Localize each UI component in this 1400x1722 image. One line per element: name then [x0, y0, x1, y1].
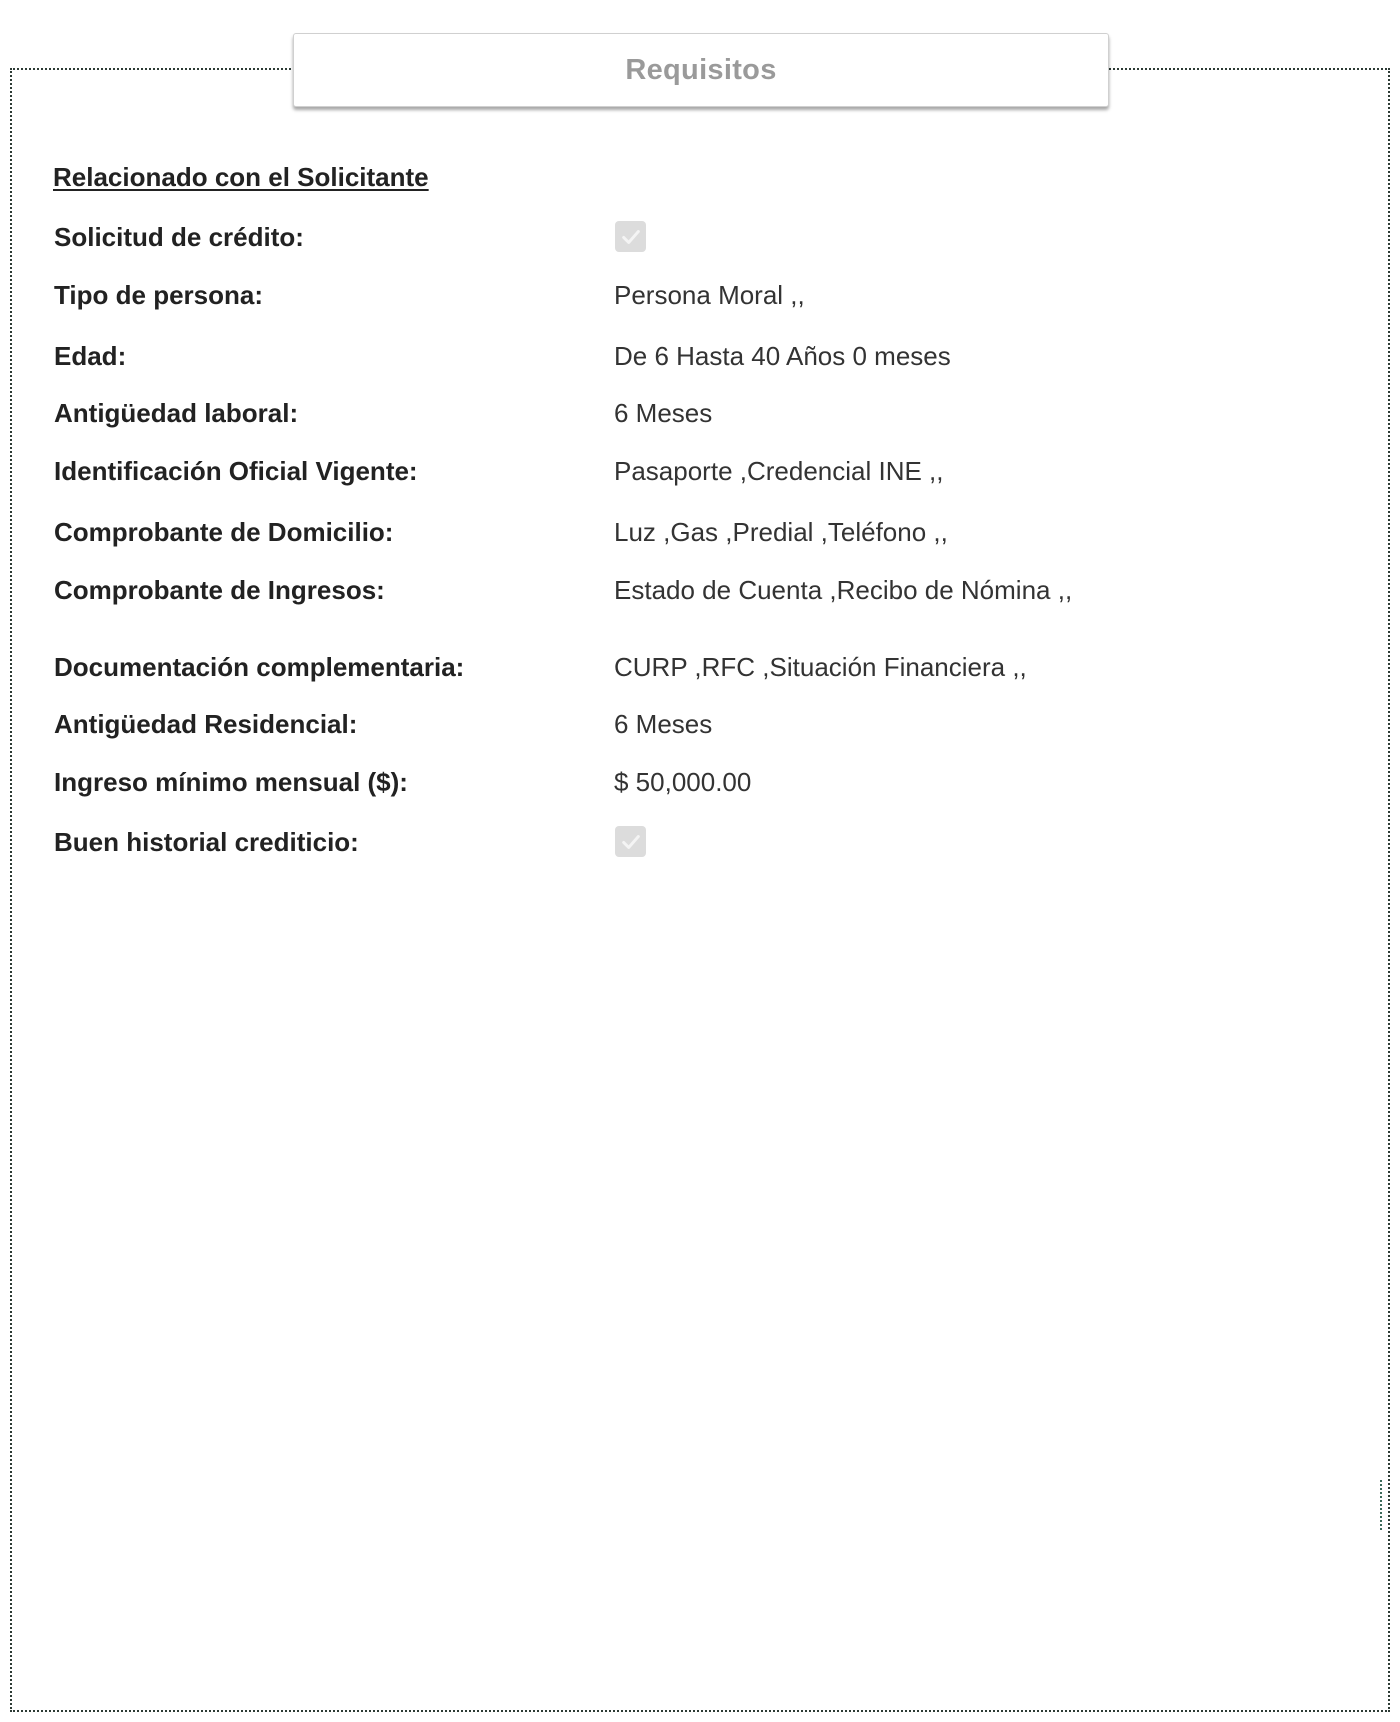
- field-value: De 6 Hasta 40 Años 0 meses: [614, 336, 951, 376]
- field-row-documentacion: Documentación complementaria: CURP ,RFC …: [0, 647, 1380, 687]
- section-heading: Relacionado con el Solicitante: [53, 162, 429, 193]
- field-label: Solicitud de crédito:: [54, 217, 304, 257]
- resize-handle: [1380, 1480, 1384, 1530]
- field-label: Comprobante de Domicilio:: [54, 512, 393, 552]
- tab-requisitos[interactable]: Requisitos: [293, 33, 1109, 107]
- field-value: $ 50,000.00: [614, 762, 751, 802]
- field-row-comprobante-ingresos: Comprobante de Ingresos: Estado de Cuent…: [0, 570, 1380, 610]
- field-value: Luz ,Gas ,Predial ,Teléfono ,,: [614, 512, 948, 552]
- field-label: Tipo de persona:: [54, 275, 263, 315]
- field-row-identificacion: Identificación Oficial Vigente: Pasaport…: [0, 451, 1380, 491]
- field-label: Comprobante de Ingresos:: [54, 570, 385, 610]
- field-label: Documentación complementaria:: [54, 647, 464, 687]
- field-value: Estado de Cuenta ,Recibo de Nómina ,,: [614, 570, 1072, 610]
- field-row-solicitud-credito: Solicitud de crédito:: [0, 217, 1380, 257]
- field-row-comprobante-domicilio: Comprobante de Domicilio: Luz ,Gas ,Pred…: [0, 512, 1380, 552]
- field-label: Antigüedad laboral:: [54, 393, 298, 433]
- field-value: CURP ,RFC ,Situación Financiera ,,: [614, 647, 1027, 687]
- field-row-tipo-persona: Tipo de persona: Persona Moral ,,: [0, 275, 1380, 315]
- historial-crediticio-checkbox[interactable]: [615, 826, 646, 857]
- field-label: Antigüedad Residencial:: [54, 704, 357, 744]
- field-label: Ingreso mínimo mensual ($):: [54, 762, 408, 802]
- field-row-ingreso-minimo: Ingreso mínimo mensual ($): $ 50,000.00: [0, 762, 1380, 802]
- checkmark-icon: [620, 831, 642, 853]
- field-value: 6 Meses: [614, 704, 712, 744]
- checkmark-icon: [620, 226, 642, 248]
- field-value: 6 Meses: [614, 393, 712, 433]
- field-label: Buen historial crediticio:: [54, 822, 359, 862]
- field-value: Pasaporte ,Credencial INE ,,: [614, 451, 944, 491]
- field-row-edad: Edad: De 6 Hasta 40 Años 0 meses: [0, 336, 1380, 376]
- field-row-historial-crediticio: Buen historial crediticio:: [0, 822, 1380, 862]
- field-label: Edad:: [54, 336, 126, 376]
- tab-label: Requisitos: [625, 54, 776, 87]
- solicitud-credito-checkbox[interactable]: [615, 221, 646, 252]
- field-row-antiguedad-residencial: Antigüedad Residencial: 6 Meses: [0, 704, 1380, 744]
- field-value: Persona Moral ,,: [614, 275, 805, 315]
- field-row-antiguedad-laboral: Antigüedad laboral: 6 Meses: [0, 393, 1380, 433]
- field-label: Identificación Oficial Vigente:: [54, 451, 418, 491]
